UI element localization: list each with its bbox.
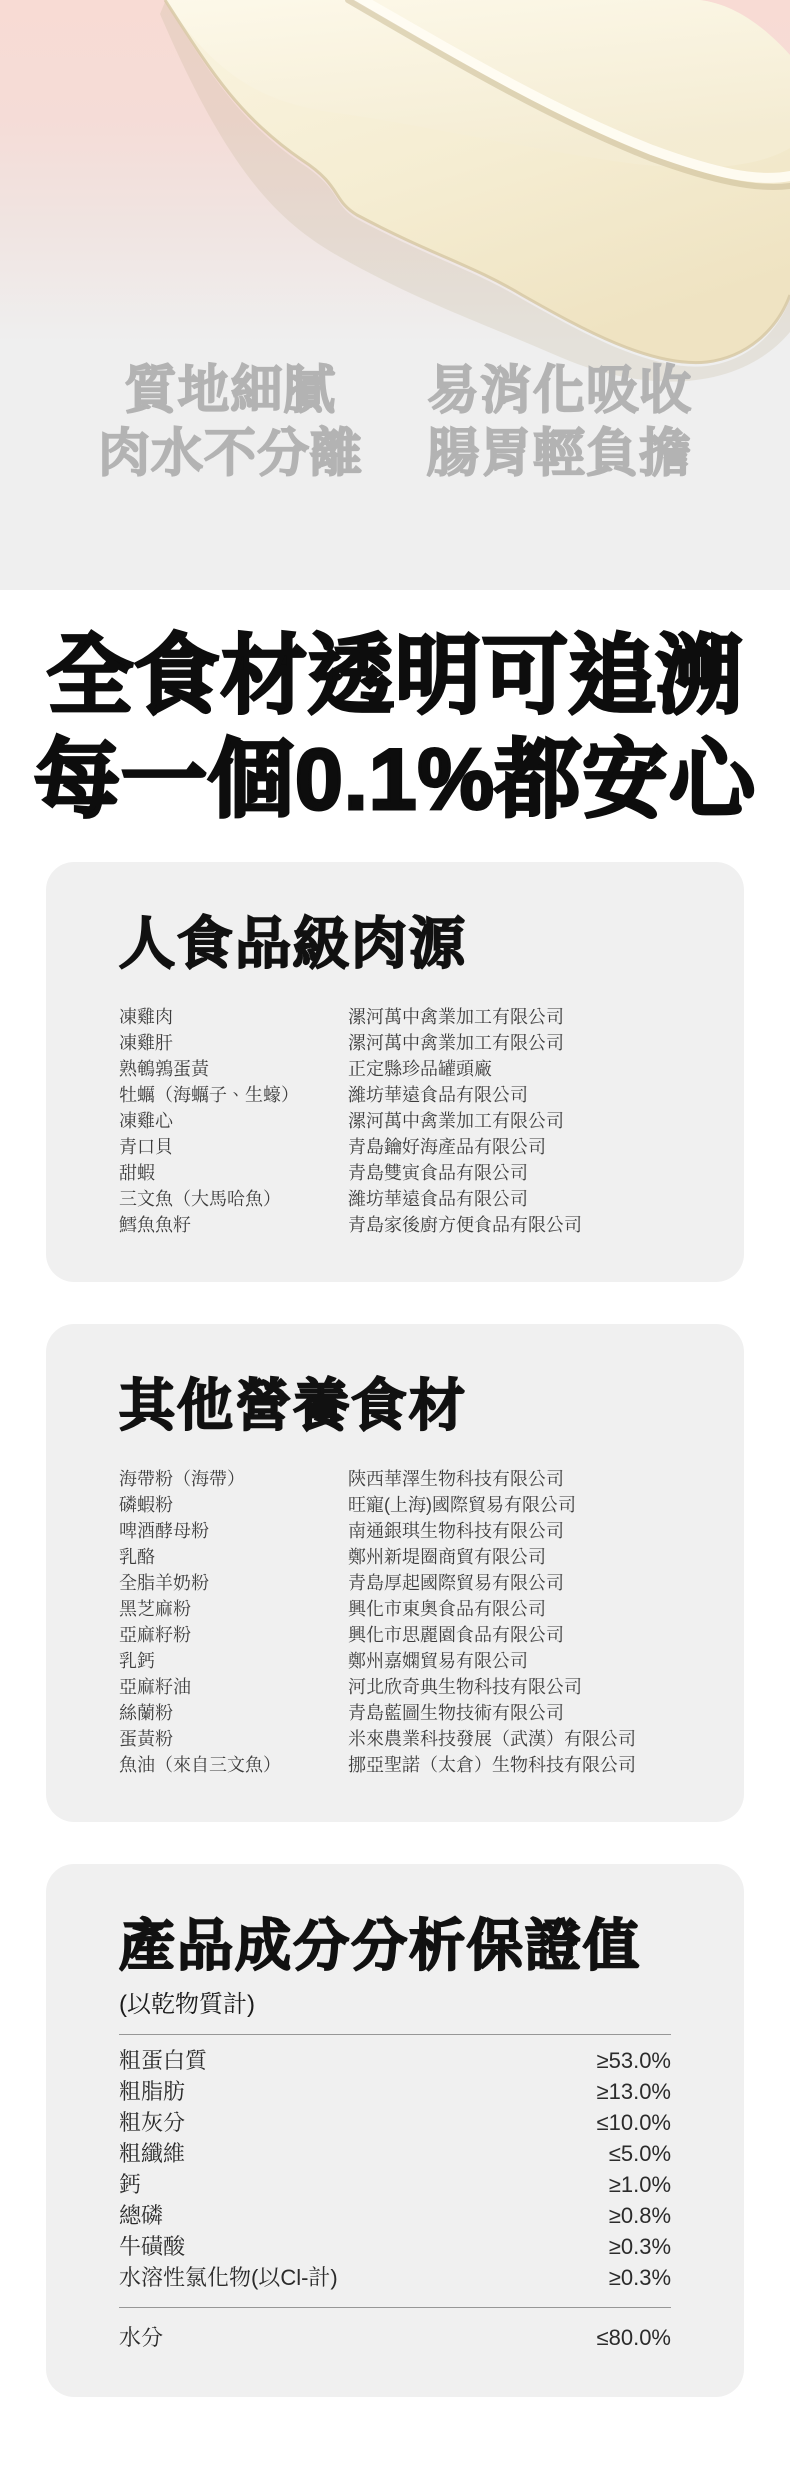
ingredient-name: 凍雞肉 bbox=[119, 1004, 348, 1030]
product-detail-page: 質地細膩 肉水不分離 易消化吸收 腸胃輕負擔 全食材透明可追溯 每一個0.1%都… bbox=[0, 0, 790, 2477]
supplier-name: 陝西華澤生物科技有限公司 bbox=[348, 1466, 671, 1492]
analysis-row: 鈣 ≥1.0% bbox=[119, 2169, 671, 2200]
analysis-label: 粗灰分 bbox=[119, 2107, 185, 2138]
analysis-row: 總磷 ≥0.8% bbox=[119, 2200, 671, 2231]
ingredient-row: 磷蝦粉 旺寵(上海)國際貿易有限公司 bbox=[119, 1492, 671, 1518]
headline-line1: 全食材透明可追溯 bbox=[20, 624, 770, 728]
supplier-name: 漯河萬中禽業加工有限公司 bbox=[348, 1030, 671, 1056]
divider-line bbox=[119, 2034, 671, 2035]
divider-line bbox=[119, 2307, 671, 2308]
analysis-value: ≥1.0% bbox=[609, 2169, 671, 2200]
ingredient-name: 亞麻籽油 bbox=[119, 1674, 348, 1700]
supplier-name: 青島藍圖生物技術有限公司 bbox=[348, 1700, 671, 1726]
supplier-name: 青島家後廚方便食品有限公司 bbox=[348, 1212, 671, 1238]
headline-line2: 每一個0.1%都安心 bbox=[20, 728, 770, 832]
ingredient-row: 凍雞心 漯河萬中禽業加工有限公司 bbox=[119, 1108, 671, 1134]
pate-texture-image bbox=[0, 0, 790, 590]
supplier-name: 鄭州嘉嫻貿易有限公司 bbox=[348, 1648, 671, 1674]
ingredient-name: 全脂羊奶粉 bbox=[119, 1570, 348, 1596]
analysis-list: 粗蛋白質 ≥53.0% 粗脂肪 ≥13.0% 粗灰分 ≤10.0% 粗纖維 ≤5… bbox=[119, 2045, 671, 2293]
ingredient-row: 凍雞肉 漯河萬中禽業加工有限公司 bbox=[119, 1004, 671, 1030]
main-headline: 全食材透明可追溯 每一個0.1%都安心 bbox=[0, 590, 790, 832]
ingredient-row: 魚油（來自三文魚） 挪亞聖諾（太倉）生物科技有限公司 bbox=[119, 1752, 671, 1778]
ingredient-row: 乳酪 鄭州新堤圈商貿有限公司 bbox=[119, 1544, 671, 1570]
ingredient-row: 甜蝦 青島雙寅食品有限公司 bbox=[119, 1160, 671, 1186]
ingredient-row: 三文魚（大馬哈魚） 濰坊華遠食品有限公司 bbox=[119, 1186, 671, 1212]
ingredient-row: 熟鵪鶉蛋黃 正定縣珍品罐頭廠 bbox=[119, 1056, 671, 1082]
card-other-ingredients: 其他營養食材 海帶粉（海帶） 陝西華澤生物科技有限公司 磷蝦粉 旺寵(上海)國際… bbox=[46, 1324, 744, 1822]
card-analysis-title: 產品成分分析保證值 bbox=[119, 1914, 671, 1978]
analysis-value: ≥0.3% bbox=[609, 2231, 671, 2262]
ingredient-row: 全脂羊奶粉 青島厚起國際貿易有限公司 bbox=[119, 1570, 671, 1596]
ingredient-name: 魚油（來自三文魚） bbox=[119, 1752, 348, 1778]
ingredient-name: 凍雞肝 bbox=[119, 1030, 348, 1056]
supplier-name: 正定縣珍品罐頭廠 bbox=[348, 1056, 671, 1082]
ingredient-row: 蛋黃粉 米來農業科技發展（武漢）有限公司 bbox=[119, 1726, 671, 1752]
supplier-name: 青島厚起國際貿易有限公司 bbox=[348, 1570, 671, 1596]
supplier-name: 興化市東奧食品有限公司 bbox=[348, 1596, 671, 1622]
supplier-name: 漯河萬中禽業加工有限公司 bbox=[348, 1108, 671, 1134]
info-cards: 人食品級肉源 凍雞肉 漯河萬中禽業加工有限公司 凍雞肝 漯河萬中禽業加工有限公司… bbox=[0, 832, 790, 2477]
analysis-row: 粗脂肪 ≥13.0% bbox=[119, 2076, 671, 2107]
analysis-row: 粗蛋白質 ≥53.0% bbox=[119, 2045, 671, 2076]
ingredient-name: 乳酪 bbox=[119, 1544, 348, 1570]
ingredient-row: 鱈魚魚籽 青島家後廚方便食品有限公司 bbox=[119, 1212, 671, 1238]
ingredient-name: 甜蝦 bbox=[119, 1160, 348, 1186]
tagline-digestion-line2: 腸胃輕負擔 bbox=[427, 423, 692, 486]
analysis-value: ≥0.3% bbox=[609, 2262, 671, 2293]
analysis-label: 鈣 bbox=[119, 2169, 141, 2200]
analysis-row-moisture: 水分 ≤80.0% bbox=[119, 2322, 671, 2353]
supplier-name: 漯河萬中禽業加工有限公司 bbox=[348, 1004, 671, 1030]
supplier-name: 米來農業科技發展（武漢）有限公司 bbox=[348, 1726, 671, 1752]
supplier-name: 河北欣奇典生物科技有限公司 bbox=[348, 1674, 671, 1700]
tagline-digestion-line1: 易消化吸收 bbox=[427, 360, 692, 423]
supplier-name: 濰坊華遠食品有限公司 bbox=[348, 1082, 671, 1108]
supplier-name: 青島鑰好海產品有限公司 bbox=[348, 1134, 671, 1160]
ingredient-row: 乳鈣 鄭州嘉嫻貿易有限公司 bbox=[119, 1648, 671, 1674]
analysis-label: 水分 bbox=[119, 2322, 163, 2353]
analysis-label: 粗脂肪 bbox=[119, 2076, 185, 2107]
ingredient-name: 凍雞心 bbox=[119, 1108, 348, 1134]
analysis-label: 水溶性氯化物(以Cl-計) bbox=[119, 2262, 338, 2293]
card-meat-sources: 人食品級肉源 凍雞肉 漯河萬中禽業加工有限公司 凍雞肝 漯河萬中禽業加工有限公司… bbox=[46, 862, 744, 1282]
analysis-label: 牛磺酸 bbox=[119, 2231, 185, 2262]
ingredient-name: 熟鵪鶉蛋黃 bbox=[119, 1056, 348, 1082]
hero-section: 質地細膩 肉水不分離 易消化吸收 腸胃輕負擔 bbox=[0, 0, 790, 590]
ingredient-name: 青口貝 bbox=[119, 1134, 348, 1160]
ingredient-name: 海帶粉（海帶） bbox=[119, 1466, 348, 1492]
analysis-row: 粗纖維 ≤5.0% bbox=[119, 2138, 671, 2169]
ingredient-row: 絲蘭粉 青島藍圖生物技術有限公司 bbox=[119, 1700, 671, 1726]
tagline-texture-line1: 質地細膩 bbox=[98, 360, 363, 423]
supplier-name: 挪亞聖諾（太倉）生物科技有限公司 bbox=[348, 1752, 671, 1778]
ingredient-name: 三文魚（大馬哈魚） bbox=[119, 1186, 348, 1212]
ingredient-row: 牡蠣（海蠣子、生蠔） 濰坊華遠食品有限公司 bbox=[119, 1082, 671, 1108]
analysis-value: ≥53.0% bbox=[597, 2045, 671, 2076]
supplier-name: 旺寵(上海)國際貿易有限公司 bbox=[348, 1492, 671, 1518]
tagline-digestion: 易消化吸收 腸胃輕負擔 bbox=[427, 360, 692, 486]
ingredient-row: 凍雞肝 漯河萬中禽業加工有限公司 bbox=[119, 1030, 671, 1056]
analysis-label: 總磷 bbox=[119, 2200, 163, 2231]
ingredient-name: 乳鈣 bbox=[119, 1648, 348, 1674]
ingredient-row: 青口貝 青島鑰好海產品有限公司 bbox=[119, 1134, 671, 1160]
supplier-name: 青島雙寅食品有限公司 bbox=[348, 1160, 671, 1186]
supplier-name: 南通銀琪生物科技有限公司 bbox=[348, 1518, 671, 1544]
analysis-value: ≥0.8% bbox=[609, 2200, 671, 2231]
tagline-texture: 質地細膩 肉水不分離 bbox=[98, 360, 363, 486]
other-ingredient-list: 海帶粉（海帶） 陝西華澤生物科技有限公司 磷蝦粉 旺寵(上海)國際貿易有限公司 … bbox=[119, 1466, 671, 1778]
ingredient-row: 啤酒酵母粉 南通銀琪生物科技有限公司 bbox=[119, 1518, 671, 1544]
analysis-row: 水溶性氯化物(以Cl-計) ≥0.3% bbox=[119, 2262, 671, 2293]
ingredient-row: 海帶粉（海帶） 陝西華澤生物科技有限公司 bbox=[119, 1466, 671, 1492]
ingredient-name: 磷蝦粉 bbox=[119, 1492, 348, 1518]
ingredient-row: 黑芝麻粉 興化市東奧食品有限公司 bbox=[119, 1596, 671, 1622]
card-guaranteed-analysis: 產品成分分析保證值 (以乾物質計) 粗蛋白質 ≥53.0% 粗脂肪 ≥13.0%… bbox=[46, 1864, 744, 2397]
analysis-value: ≤80.0% bbox=[597, 2322, 671, 2353]
tagline-texture-line2: 肉水不分離 bbox=[98, 423, 363, 486]
meat-ingredient-list: 凍雞肉 漯河萬中禽業加工有限公司 凍雞肝 漯河萬中禽業加工有限公司 熟鵪鶉蛋黃 … bbox=[119, 1004, 671, 1238]
analysis-value: ≥13.0% bbox=[597, 2076, 671, 2107]
analysis-row: 牛磺酸 ≥0.3% bbox=[119, 2231, 671, 2262]
hero-taglines: 質地細膩 肉水不分離 易消化吸收 腸胃輕負擔 bbox=[0, 360, 790, 486]
ingredient-row: 亞麻籽油 河北欣奇典生物科技有限公司 bbox=[119, 1674, 671, 1700]
ingredient-name: 蛋黃粉 bbox=[119, 1726, 348, 1752]
ingredient-name: 鱈魚魚籽 bbox=[119, 1212, 348, 1238]
ingredient-name: 絲蘭粉 bbox=[119, 1700, 348, 1726]
analysis-basis-note: (以乾物質計) bbox=[119, 1990, 671, 2020]
analysis-label: 粗纖維 bbox=[119, 2138, 185, 2169]
ingredient-row: 亞麻籽粉 興化市思麗園食品有限公司 bbox=[119, 1622, 671, 1648]
ingredient-name: 黑芝麻粉 bbox=[119, 1596, 348, 1622]
analysis-row: 粗灰分 ≤10.0% bbox=[119, 2107, 671, 2138]
ingredient-name: 啤酒酵母粉 bbox=[119, 1518, 348, 1544]
supplier-name: 鄭州新堤圈商貿有限公司 bbox=[348, 1544, 671, 1570]
ingredient-name: 牡蠣（海蠣子、生蠔） bbox=[119, 1082, 348, 1108]
analysis-value: ≤10.0% bbox=[597, 2107, 671, 2138]
analysis-value: ≤5.0% bbox=[609, 2138, 671, 2169]
ingredient-name: 亞麻籽粉 bbox=[119, 1622, 348, 1648]
card-other-title: 其他營養食材 bbox=[119, 1374, 671, 1438]
supplier-name: 濰坊華遠食品有限公司 bbox=[348, 1186, 671, 1212]
card-meat-title: 人食品級肉源 bbox=[119, 912, 671, 976]
analysis-label: 粗蛋白質 bbox=[119, 2045, 207, 2076]
supplier-name: 興化市思麗園食品有限公司 bbox=[348, 1622, 671, 1648]
